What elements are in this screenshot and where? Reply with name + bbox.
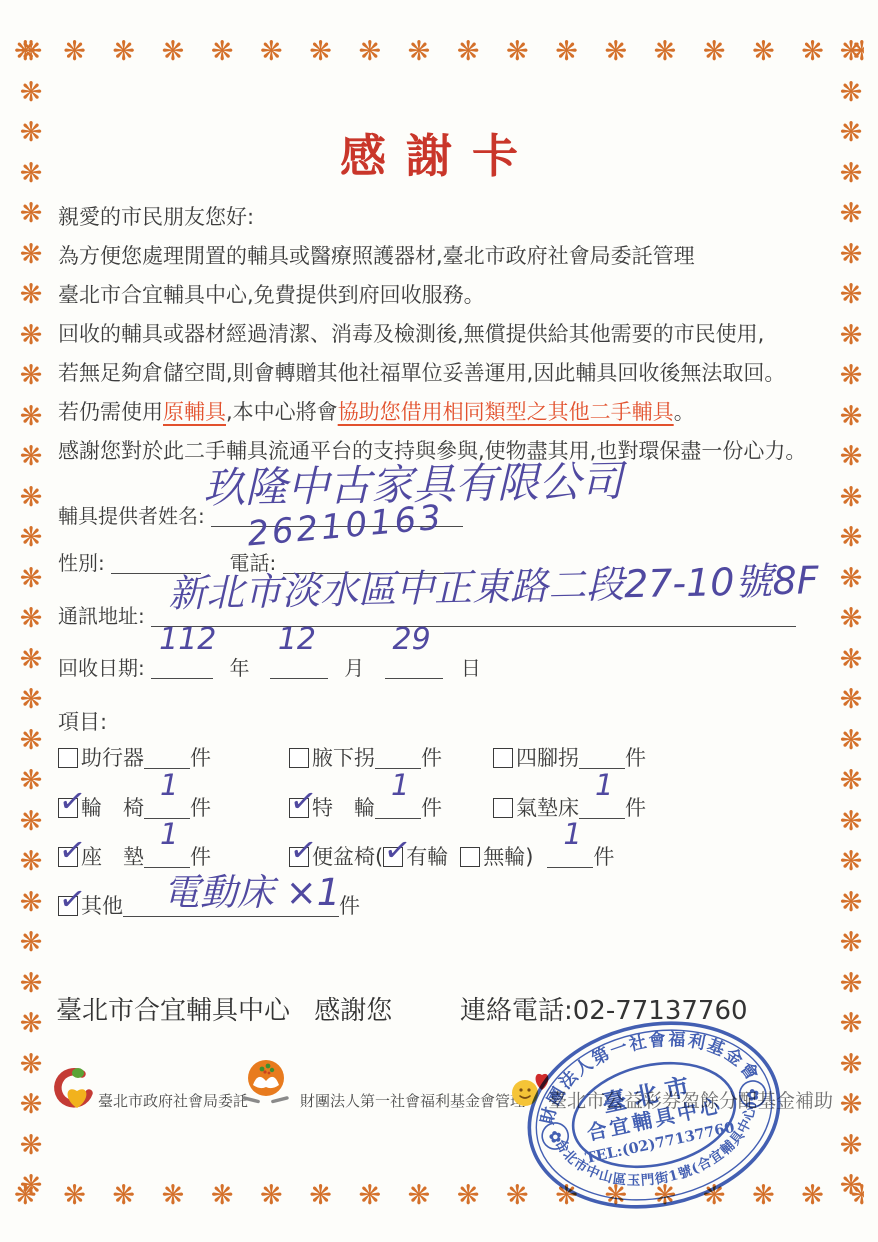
quantity-blank: 1 <box>144 794 190 819</box>
item-label: 腋下拐 <box>312 746 375 770</box>
social-affairs-bureau-logo <box>48 1064 96 1114</box>
without-wheels-label: 無輪 <box>483 845 525 869</box>
unit-label: 件 <box>190 796 211 820</box>
stamp-right-flower-emblem: ✿ <box>745 1085 761 1105</box>
address-label: 通訊地址: <box>58 604 145 628</box>
paren: ) <box>525 845 533 869</box>
quantity-handwritten: 1 <box>160 817 178 851</box>
unit-label: 件 <box>593 845 614 869</box>
intro-greeting: 親愛的市民朋友您好: <box>58 198 840 237</box>
flower-border-left: ❋ ❋ ❋ ❋ ❋ ❋ ❋ ❋ ❋ ❋ ❋ ❋ ❋ ❋ ❋ ❋ ❋ ❋ ❋ ❋ … <box>12 32 50 1212</box>
checkmark: ✓ <box>382 829 414 870</box>
intro-text: 若仍需使用 <box>58 400 163 424</box>
unit-label: 件 <box>421 796 442 820</box>
checkbox-other: ✓ <box>58 896 78 916</box>
item-label: 四腳拐 <box>516 746 579 770</box>
quantity-handwritten: 1 <box>160 768 178 802</box>
item-underarm-crutch: 腋下拐件 <box>289 742 442 772</box>
quantity-blank <box>579 744 625 769</box>
highlight-original-device: 原輔具 <box>163 400 226 424</box>
month-handwritten: 12 <box>278 622 316 657</box>
other-value-handwritten: 電動床 ×1 <box>163 862 340 916</box>
gender-label: 性別: <box>58 551 105 575</box>
unit-label: 件 <box>339 894 360 918</box>
thank-you-card-scan: { "title": "感謝卡", "intro": { "greeting":… <box>0 0 878 1242</box>
checkmark: ✓ <box>287 780 319 821</box>
item-wheelchair: ✓輪 椅1件 <box>58 792 211 822</box>
checkbox-special-wheelchair: ✓ <box>289 798 309 818</box>
intro-line: 回收的輔具或器材經過清潔、消毒及檢測後,無償提供給其他需要的市民使用, <box>58 315 840 354</box>
day-unit: 日 <box>461 656 481 680</box>
item-label: 座 墊 <box>81 845 144 869</box>
checkbox-air-mattress <box>493 798 513 818</box>
first-social-welfare-foundation-logo <box>238 1056 294 1116</box>
provider-name-label: 輔具提供者姓名: <box>58 504 205 528</box>
month-unit: 月 <box>344 656 364 680</box>
item-label: 輪 椅 <box>81 796 144 820</box>
year-unit: 年 <box>229 656 249 680</box>
item-quad-cane: 四腳拐件 <box>493 742 646 772</box>
intro-text: ,本中心將會 <box>226 400 338 424</box>
checkbox-underarm-crutch <box>289 748 309 768</box>
bureau-caption: 臺北市政府社會局委託 <box>98 1090 248 1111</box>
checkmark: ✓ <box>56 780 88 821</box>
items-heading: 項目: <box>58 706 107 736</box>
item-label: 特 輪 <box>312 796 375 820</box>
item-label: 助行器 <box>81 746 144 770</box>
quantity-blank: 1 <box>375 794 421 819</box>
intro-paragraph: 親愛的市民朋友您好: 為方便您處理閒置的輔具或醫療照護器材,臺北市政府社會局委託… <box>58 198 840 471</box>
day-blank: 29 <box>385 654 443 679</box>
month-blank: 12 <box>270 654 328 679</box>
quantity-blank <box>375 744 421 769</box>
date-row: 回收日期: 112 年 12 月 29 日 <box>58 652 481 681</box>
checkbox-without-wheels <box>460 847 480 867</box>
date-label: 回收日期: <box>58 656 145 680</box>
item-label: 其他 <box>81 894 123 918</box>
with-wheels-label: 有輪 <box>406 845 448 869</box>
checkbox-walker <box>58 748 78 768</box>
items-row-4: ✓其他電動床 ×1件 <box>58 890 838 924</box>
item-walker: 助行器件 <box>58 742 211 772</box>
checkbox-quad-cane <box>493 748 513 768</box>
other-value-blank: 電動床 ×1 <box>123 892 339 917</box>
checkbox-with-wheels: ✓ <box>383 847 403 867</box>
unit-label: 件 <box>625 796 646 820</box>
intro-line: 為方便您處理閒置的輔具或醫療照護器材,臺北市政府社會局委託管理 <box>58 237 840 276</box>
checkbox-seat-cushion: ✓ <box>58 847 78 867</box>
highlight-loan-offer: 協助您借用相同類型之其他二手輔具 <box>338 400 674 424</box>
year-handwritten: 112 <box>159 622 216 657</box>
quantity-blank: 1 <box>579 794 625 819</box>
unit-label: 件 <box>190 746 211 770</box>
intro-line: 若無足夠倉儲空間,則會轉贈其他社福單位妥善運用,因此輔具回收後無法取回。 <box>58 354 840 393</box>
intro-line: 臺北市合宜輔具中心,免費提供到府回收服務。 <box>58 276 840 315</box>
year-blank: 112 <box>151 654 213 679</box>
stamp-left-flower-emblem: ✿ <box>547 1127 563 1147</box>
day-handwritten: 29 <box>393 622 431 657</box>
item-other: ✓其他電動床 ×1件 <box>58 890 360 920</box>
intro-text: 。 <box>674 400 695 424</box>
quantity-handwritten: 1 <box>563 817 581 851</box>
foundation-caption: 財團法人第一社會福利基金會管理 <box>300 1090 525 1111</box>
checkbox-wheelchair: ✓ <box>58 798 78 818</box>
checkmark: ✓ <box>56 878 88 919</box>
quantity-blank <box>144 744 190 769</box>
quantity-handwritten: 1 <box>391 768 409 802</box>
unit-label: 件 <box>625 746 646 770</box>
quantity-blank: 1 <box>547 843 593 868</box>
flower-border-top: ❋ ❋ ❋ ❋ ❋ ❋ ❋ ❋ ❋ ❋ ❋ ❋ ❋ ❋ ❋ ❋ ❋ ❋ ❋ ❋ … <box>14 32 864 72</box>
unit-label: 件 <box>421 746 442 770</box>
intro-line-highlighted: 若仍需使用原輔具,本中心將會協助您借用相同類型之其他二手輔具。 <box>58 393 840 432</box>
item-special-wheelchair: ✓特 輪1件 <box>289 792 442 822</box>
thanks-text: 感謝您 <box>314 996 392 1026</box>
quantity-handwritten: 1 <box>595 768 613 802</box>
page-title: 感謝卡 <box>0 120 878 186</box>
center-name: 臺北市合宜輔具中心 <box>56 996 290 1026</box>
checkmark: ✓ <box>56 829 88 870</box>
